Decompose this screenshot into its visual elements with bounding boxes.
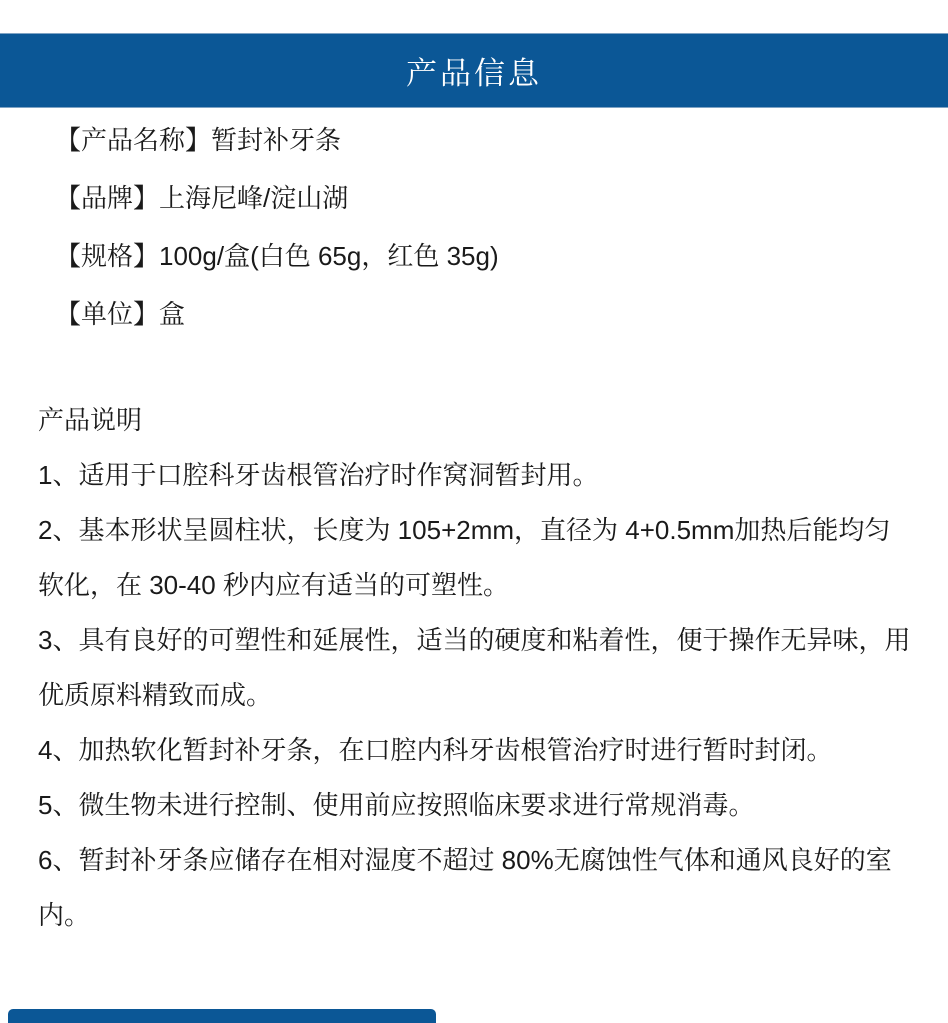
product-info-section: 【产品名称】暂封补牙条 【品牌】上海尼峰/淀山湖 【规格】100g/盒(白色 6… [55,111,915,343]
description-heading: 产品说明 [38,393,914,448]
description-item-5: 5、微生物未进行控制、使用前应按照临床要求进行常规消毒。 [38,778,914,833]
description-item-2: 2、基本形状呈圆柱状，长度为 105+2mm，直径为 4+0.5mm加热后能均匀… [38,503,914,613]
product-name-value: 暂封补牙条 [211,125,341,155]
product-name-row: 【产品名称】暂封补牙条 [55,111,915,169]
product-name-label: 【产品名称】 [55,125,211,155]
spec-value: 100g/盒(白色 65g，红色 35g) [159,241,499,271]
brand-label: 【品牌】 [55,183,159,213]
unit-value: 盒 [159,299,185,329]
description-item-3: 3、具有良好的可塑性和延展性，适当的硬度和粘着性，便于操作无异味，用优质原料精致… [38,613,914,723]
description-item-4: 4、加热软化暂封补牙条，在口腔内科牙齿根管治疗时进行暂时封闭。 [38,723,914,778]
unit-label: 【单位】 [55,299,159,329]
brand-row: 【品牌】上海尼峰/淀山湖 [55,169,915,227]
description-item-1: 1、适用于口腔科牙齿根管治疗时作窝洞暂封用。 [38,448,914,503]
product-description-section: 产品说明 1、适用于口腔科牙齿根管治疗时作窝洞暂封用。 2、基本形状呈圆柱状，长… [38,393,914,943]
spec-label: 【规格】 [55,241,159,271]
section-header-bar: 产品信息 [0,33,948,108]
spec-row: 【规格】100g/盒(白色 65g，红色 35g) [55,227,915,285]
section-title: 产品信息 [406,48,542,93]
description-item-6: 6、暂封补牙条应储存在相对湿度不超过 80%无腐蚀性气体和通风良好的室内。 [38,833,914,943]
unit-row: 【单位】盒 [55,285,915,343]
next-section-bar-partial [8,1009,436,1023]
brand-value: 上海尼峰/淀山湖 [159,183,348,213]
